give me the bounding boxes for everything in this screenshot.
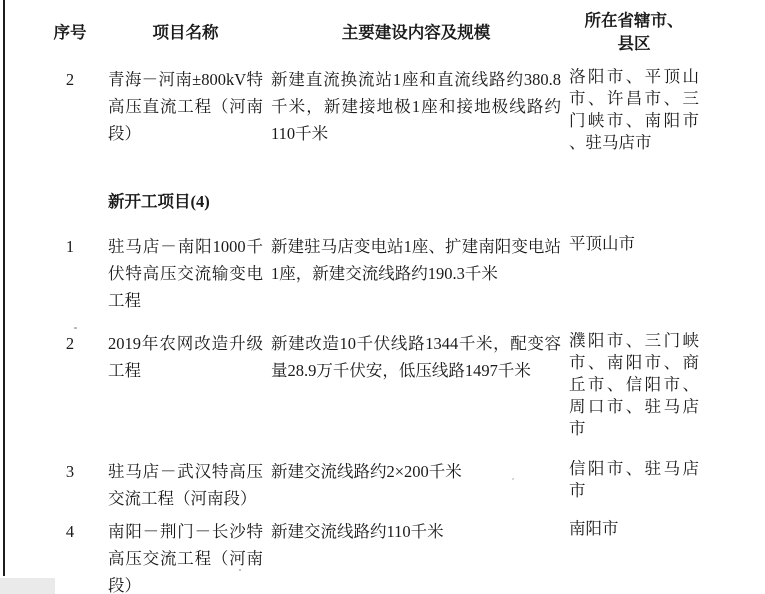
row-construction-content: 新建交流线路约2×200千米 — [271, 458, 561, 485]
table-row: 2 2019年农网改造升级工程 新建改造10千伏线路1344千米，配变容量28.… — [0, 330, 765, 440]
header-region-text: 所在省辖市、县区 — [578, 9, 690, 55]
row-project-name: 驻马店－武汉特高压交流工程（河南段） — [108, 458, 263, 512]
row-construction-content: 新建改造10千伏线路1344千米，配变容量28.9万千伏安，低压线路1497千米 — [271, 330, 561, 384]
row-construction-content: 新建驻马店变电站1座、扩建南阳变电站1座，新建交流线路约190.3千米 — [271, 233, 561, 287]
row-serial-number: 2 — [0, 66, 100, 93]
header-serial-number: 序号 — [0, 21, 100, 44]
row-serial-number: 1 — [0, 233, 100, 260]
table-row: 3 驻马店－武汉特高压交流工程（河南段） 新建交流线路约2×200千米 信阳市、… — [0, 458, 765, 512]
document-page: 序号 项目名称 主要建设内容及规模 所在省辖市、县区 2 青海－河南±800kV… — [0, 0, 765, 594]
row-serial-number: 3 — [0, 458, 100, 485]
row-project-name: 2019年农网改造升级工程 — [108, 330, 263, 384]
row-serial-number: 2 — [0, 330, 100, 357]
row-region: 南阳市 — [569, 518, 699, 540]
row-region: 洛阳市、平顶山市、许昌市、三门峡市、南阳市、驻马店市 — [569, 66, 699, 154]
row-project-name: 青海－河南±800kV特高压直流工程（河南段） — [108, 66, 263, 147]
row-project-name: 驻马店－南阳1000千伏特高压交流输变电工程 — [108, 233, 263, 314]
scan-noise-dot — [239, 569, 241, 571]
row-region: 濮阳市、三门峡市、南阳市、商丘市、信阳市、周口市、驻马店市 — [569, 330, 699, 440]
table-row: 1 驻马店－南阳1000千伏特高压交流输变电工程 新建驻马店变电站1座、扩建南阳… — [0, 233, 765, 314]
row-construction-content: 新建交流线路约110千米 — [271, 518, 561, 545]
section-title-spacer — [0, 188, 100, 215]
row-construction-content: 新建直流换流站1座和直流线路约380.8千米，新建接地极1座和接地极线路约110… — [271, 66, 561, 147]
row-project-name: 南阳－荆门－长沙特高压交流工程（河南段） — [108, 518, 263, 594]
header-region: 所在省辖市、县区 — [569, 9, 699, 55]
row-serial-number: 4 — [0, 518, 100, 545]
row-region: 信阳市、驻马店市 — [569, 458, 699, 502]
section-title: 新开工项目(4) — [108, 188, 765, 215]
header-construction-content: 主要建设内容及规模 — [271, 21, 561, 44]
section-title-row: 新开工项目(4) — [0, 188, 765, 215]
row-region: 平顶山市 — [569, 233, 699, 255]
scan-noise-dot — [512, 478, 514, 480]
table-row: 4 南阳－荆门－长沙特高压交流工程（河南段） 新建交流线路约110千米 南阳市 — [0, 518, 765, 594]
header-project-name: 项目名称 — [108, 21, 263, 44]
scan-noise-dot — [74, 327, 77, 329]
table-header-row: 序号 项目名称 主要建设内容及规模 所在省辖市、县区 — [0, 8, 765, 56]
scan-smudge — [0, 578, 55, 594]
table-row: 2 青海－河南±800kV特高压直流工程（河南段） 新建直流换流站1座和直流线路… — [0, 66, 765, 154]
scan-edge-line — [3, 0, 5, 576]
